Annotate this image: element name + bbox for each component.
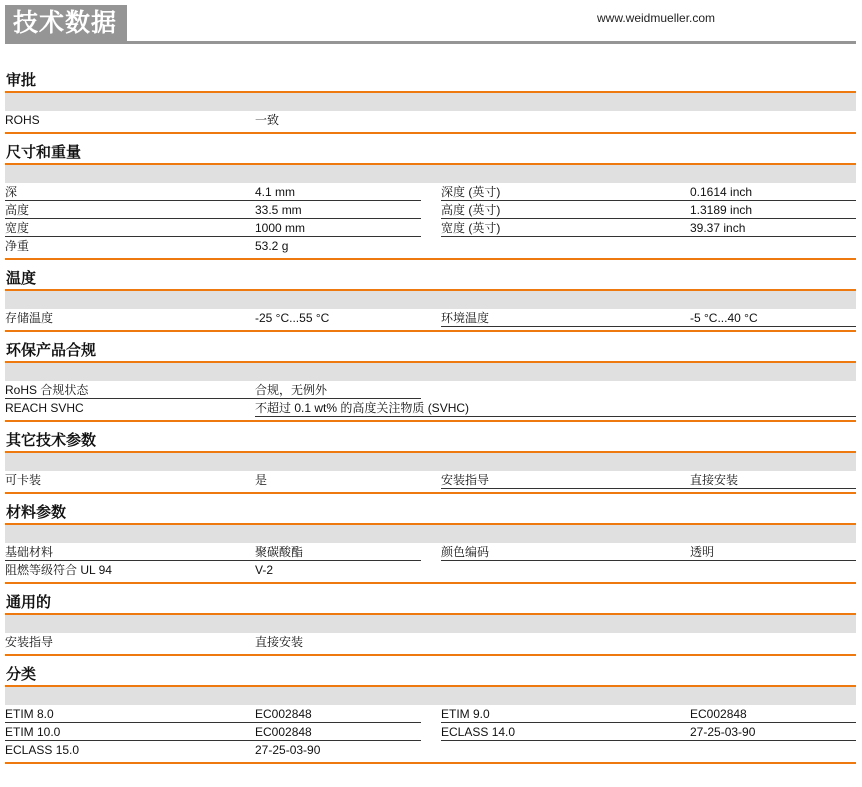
section-band bbox=[5, 525, 856, 543]
property-value bbox=[690, 741, 856, 759]
table-row: 宽度1000 mm宽度 (英寸)39.37 inch bbox=[5, 219, 856, 237]
property-label: REACH SVHC bbox=[5, 399, 255, 417]
property-label: 安装指导 bbox=[441, 471, 690, 489]
section-band bbox=[5, 453, 856, 471]
property-value: 27-25-03-90 bbox=[690, 723, 856, 741]
property-rows: 基础材料聚碳酸酯颜色编码透明阻燃等级符合 UL 94V-2 bbox=[5, 543, 856, 579]
property-label bbox=[441, 381, 690, 399]
property-value: EC002848 bbox=[690, 705, 856, 723]
property-label bbox=[441, 633, 690, 651]
property-value: 透明 bbox=[690, 543, 856, 561]
property-value: EC002848 bbox=[255, 705, 421, 723]
property-label bbox=[441, 741, 690, 759]
property-rows: ROHS一致 bbox=[5, 111, 856, 129]
property-label: 基础材料 bbox=[5, 543, 255, 561]
section: 分类ETIM 8.0EC002848ETIM 9.0EC002848ETIM 1… bbox=[5, 656, 856, 764]
property-label: 高度 (英寸) bbox=[441, 201, 690, 219]
page-header: 技术数据 www.weidmueller.com bbox=[5, 5, 856, 45]
section: 材料参数基础材料聚碳酸酯颜色编码透明阻燃等级符合 UL 94V-2 bbox=[5, 494, 856, 584]
property-value: 聚碳酸酯 bbox=[255, 543, 421, 561]
table-row: ETIM 10.0EC002848ECLASS 14.027-25-03-90 bbox=[5, 723, 856, 741]
section-band bbox=[5, 687, 856, 705]
property-label: ETIM 9.0 bbox=[441, 705, 690, 723]
section: 环保产品合规RoHS 合规状态合规，无例外REACH SVHC不超过 0.1 w… bbox=[5, 332, 856, 422]
title-divider bbox=[5, 41, 856, 44]
table-row: RoHS 合规状态合规，无例外 bbox=[5, 381, 856, 399]
section-title: 环保产品合规 bbox=[5, 332, 856, 361]
property-value: 直接安装 bbox=[255, 633, 421, 651]
section: 温度存储温度-25 °C...55 °C环境温度-5 °C...40 °C bbox=[5, 260, 856, 332]
property-label: 颜色编码 bbox=[441, 543, 690, 561]
section-title: 其它技术参数 bbox=[5, 422, 856, 451]
table-row: ROHS一致 bbox=[5, 111, 856, 129]
property-rows: 安装指导直接安装 bbox=[5, 633, 856, 651]
section-end-divider bbox=[5, 762, 856, 764]
property-label: 环境温度 bbox=[441, 309, 690, 327]
property-value: 合规，无例外 bbox=[255, 381, 421, 399]
table-row: ETIM 8.0EC002848ETIM 9.0EC002848 bbox=[5, 705, 856, 723]
property-label: ECLASS 15.0 bbox=[5, 741, 255, 759]
property-value: 33.5 mm bbox=[255, 201, 421, 219]
table-row: 阻燃等级符合 UL 94V-2 bbox=[5, 561, 856, 579]
property-value: 不超过 0.1 wt% 的高度关注物质 (SVHC) bbox=[255, 399, 856, 417]
property-rows: ETIM 8.0EC002848ETIM 9.0EC002848ETIM 10.… bbox=[5, 705, 856, 759]
table-row: REACH SVHC不超过 0.1 wt% 的高度关注物质 (SVHC) bbox=[5, 399, 856, 417]
property-label: 可卡装 bbox=[5, 471, 255, 489]
property-value: 直接安装 bbox=[690, 471, 856, 489]
property-rows: 存储温度-25 °C...55 °C环境温度-5 °C...40 °C bbox=[5, 309, 856, 327]
section: 通用的安装指导直接安装 bbox=[5, 584, 856, 656]
property-label: ROHS bbox=[5, 111, 255, 129]
property-rows: 可卡装是安装指导直接安装 bbox=[5, 471, 856, 489]
property-label bbox=[441, 237, 690, 255]
section-band bbox=[5, 165, 856, 183]
section-title: 材料参数 bbox=[5, 494, 856, 523]
section-band bbox=[5, 615, 856, 633]
property-value: 39.37 inch bbox=[690, 219, 856, 237]
section-title: 审批 bbox=[5, 62, 856, 91]
property-label: 宽度 bbox=[5, 219, 255, 237]
table-row: 基础材料聚碳酸酯颜色编码透明 bbox=[5, 543, 856, 561]
property-value bbox=[690, 111, 856, 129]
property-value bbox=[690, 381, 856, 399]
property-label: 净重 bbox=[5, 237, 255, 255]
property-value bbox=[690, 561, 856, 579]
table-row: 安装指导直接安装 bbox=[5, 633, 856, 651]
property-label: 宽度 (英寸) bbox=[441, 219, 690, 237]
property-value: 0.1614 inch bbox=[690, 183, 856, 201]
property-label: 深度 (英寸) bbox=[441, 183, 690, 201]
property-value: -25 °C...55 °C bbox=[255, 309, 421, 327]
table-row: 高度33.5 mm高度 (英寸)1.3189 inch bbox=[5, 201, 856, 219]
property-value: 53.2 g bbox=[255, 237, 421, 255]
property-value: -5 °C...40 °C bbox=[690, 309, 856, 327]
property-value bbox=[690, 237, 856, 255]
property-label: ETIM 8.0 bbox=[5, 705, 255, 723]
table-row: 存储温度-25 °C...55 °C环境温度-5 °C...40 °C bbox=[5, 309, 856, 327]
property-value: 一致 bbox=[255, 111, 421, 129]
property-value: 1000 mm bbox=[255, 219, 421, 237]
property-label bbox=[441, 561, 690, 579]
section-title: 尺寸和重量 bbox=[5, 134, 856, 163]
website-url[interactable]: www.weidmueller.com bbox=[597, 11, 715, 25]
property-label: 高度 bbox=[5, 201, 255, 219]
section: 审批ROHS一致 bbox=[5, 62, 856, 134]
property-value bbox=[690, 633, 856, 651]
section: 其它技术参数可卡装是安装指导直接安装 bbox=[5, 422, 856, 494]
property-value: 是 bbox=[255, 471, 421, 489]
section-band bbox=[5, 291, 856, 309]
table-row: 可卡装是安装指导直接安装 bbox=[5, 471, 856, 489]
property-label bbox=[441, 111, 690, 129]
property-label: 安装指导 bbox=[5, 633, 255, 651]
section-band bbox=[5, 93, 856, 111]
property-rows: 深4.1 mm深度 (英寸)0.1614 inch高度33.5 mm高度 (英寸… bbox=[5, 183, 856, 255]
property-value: 27-25-03-90 bbox=[255, 741, 421, 759]
property-label: 阻燃等级符合 UL 94 bbox=[5, 561, 255, 579]
property-value: V-2 bbox=[255, 561, 421, 579]
tech-data-content: 审批ROHS一致尺寸和重量深4.1 mm深度 (英寸)0.1614 inch高度… bbox=[5, 62, 856, 764]
property-label: ETIM 10.0 bbox=[5, 723, 255, 741]
section-band bbox=[5, 363, 856, 381]
property-label: 存储温度 bbox=[5, 309, 255, 327]
section-title: 温度 bbox=[5, 260, 856, 289]
section-title: 分类 bbox=[5, 656, 856, 685]
table-row: 净重53.2 g bbox=[5, 237, 856, 255]
table-row: ECLASS 15.027-25-03-90 bbox=[5, 741, 856, 759]
property-label: 深 bbox=[5, 183, 255, 201]
property-label: ECLASS 14.0 bbox=[441, 723, 690, 741]
page-title: 技术数据 bbox=[5, 5, 127, 41]
property-value: EC002848 bbox=[255, 723, 421, 741]
property-rows: RoHS 合规状态合规，无例外REACH SVHC不超过 0.1 wt% 的高度… bbox=[5, 381, 856, 417]
property-value: 1.3189 inch bbox=[690, 201, 856, 219]
section-title: 通用的 bbox=[5, 584, 856, 613]
property-value: 4.1 mm bbox=[255, 183, 421, 201]
property-label: RoHS 合规状态 bbox=[5, 381, 255, 399]
section: 尺寸和重量深4.1 mm深度 (英寸)0.1614 inch高度33.5 mm高… bbox=[5, 134, 856, 260]
table-row: 深4.1 mm深度 (英寸)0.1614 inch bbox=[5, 183, 856, 201]
